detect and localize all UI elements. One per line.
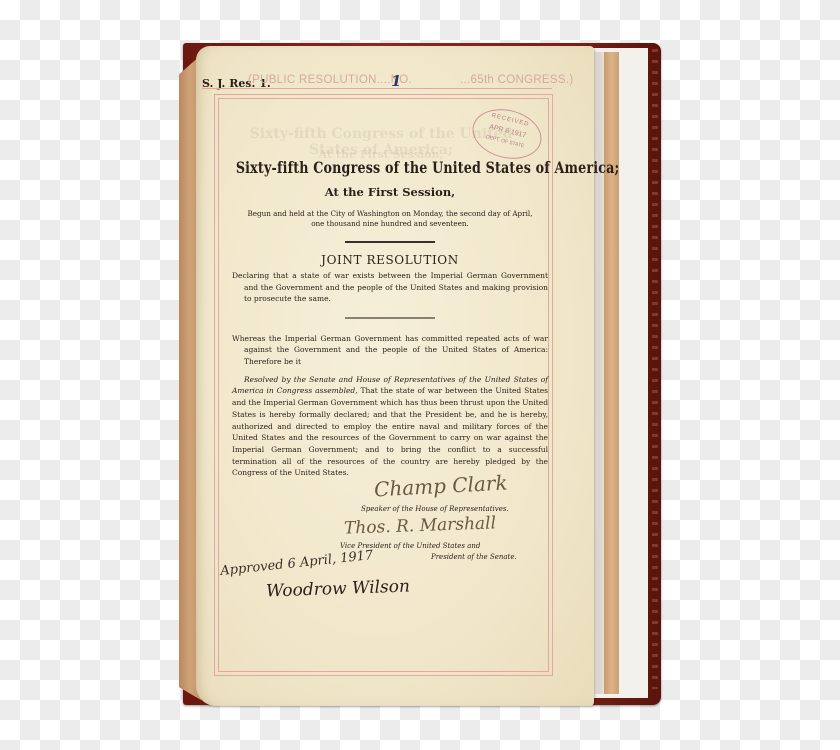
- session-line: At the First Session,: [232, 185, 548, 199]
- declaring-paragraph: Declaring that a state of war exists bet…: [232, 270, 548, 305]
- section-divider: [345, 241, 435, 243]
- vp-title-line-2: President of the Senate.: [431, 553, 517, 561]
- begun-line-1: Begun and held at the City of Washington…: [232, 209, 548, 219]
- speaker-title: Speaker of the House of Representatives.: [361, 505, 509, 513]
- whereas-paragraph: Whereas the Imperial German Government h…: [232, 333, 548, 368]
- section-divider-2: [345, 317, 435, 319]
- resolved-body: That the state of war between the United…: [232, 386, 548, 477]
- page-edges-tan: [604, 52, 619, 694]
- document-content: Sixty-fifth Congress of the United State…: [232, 158, 548, 479]
- joint-resolution-heading: JOINT RESOLUTION: [232, 253, 548, 267]
- congress-label: ...65th CONGRESS.): [460, 74, 573, 86]
- public-resolution-text: (PUBLIC RESOLUTION....NO.: [248, 74, 412, 86]
- begun-line-2: one thousand nine hundred and seventeen.: [232, 219, 548, 229]
- resolved-paragraph: Resolved by the Senate and House of Repr…: [232, 374, 548, 479]
- begun-text: Begun and held at the City of Washington…: [232, 209, 548, 229]
- top-rule: [202, 88, 552, 89]
- public-resolution-label: (PUBLIC RESOLUTION....NO....65th CONGRES…: [248, 74, 573, 86]
- document-page: S. J. Res. 1. (PUBLIC RESOLUTION....NO..…: [196, 46, 594, 706]
- document-title: Sixty-fifth Congress of the United State…: [236, 158, 544, 177]
